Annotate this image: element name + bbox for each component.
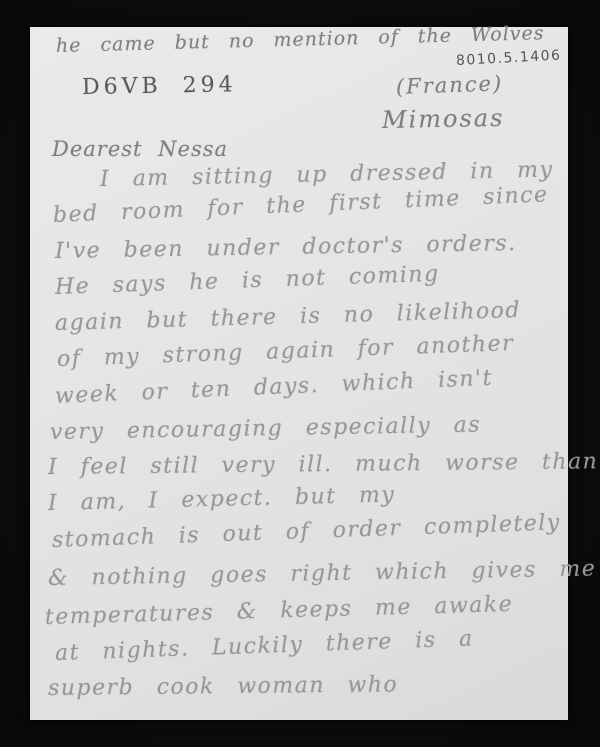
letter-salutation: Dearest Nessa [52, 137, 228, 161]
handwritten-line: of my strong again for another [57, 331, 515, 372]
catalog-reference: D6VB 294 [82, 72, 237, 100]
handwritten-line: week or ten days. which isn't [54, 366, 493, 409]
handwritten-line: very encouraging especially as [50, 412, 481, 445]
handwritten-line: He says he is not coming [55, 262, 440, 300]
handwritten-line: stomach is out of order completely [52, 510, 562, 553]
handwritten-line: again but there is no likelihood [55, 298, 522, 336]
place-annotation: (France) [396, 71, 504, 99]
handwritten-line: I feel still very ill. much worse than [48, 449, 599, 480]
handwritten-line: I've been under doctor's orders. [55, 231, 517, 264]
handwritten-line: temperatures & keeps me awake [45, 592, 514, 630]
handwritten-line: I am, I expect. but my [48, 483, 396, 516]
letter-location: Mimosas [382, 104, 505, 134]
letter-page: he came but no mention of the Wolves 801… [30, 27, 568, 720]
handwritten-line: & nothing goes right which gives me [48, 556, 597, 591]
handwritten-line: at nights. Luckily there is a [55, 626, 475, 666]
handwritten-line: superb cook woman who [48, 672, 399, 701]
accession-number: 8010.5.1406 [456, 47, 562, 69]
